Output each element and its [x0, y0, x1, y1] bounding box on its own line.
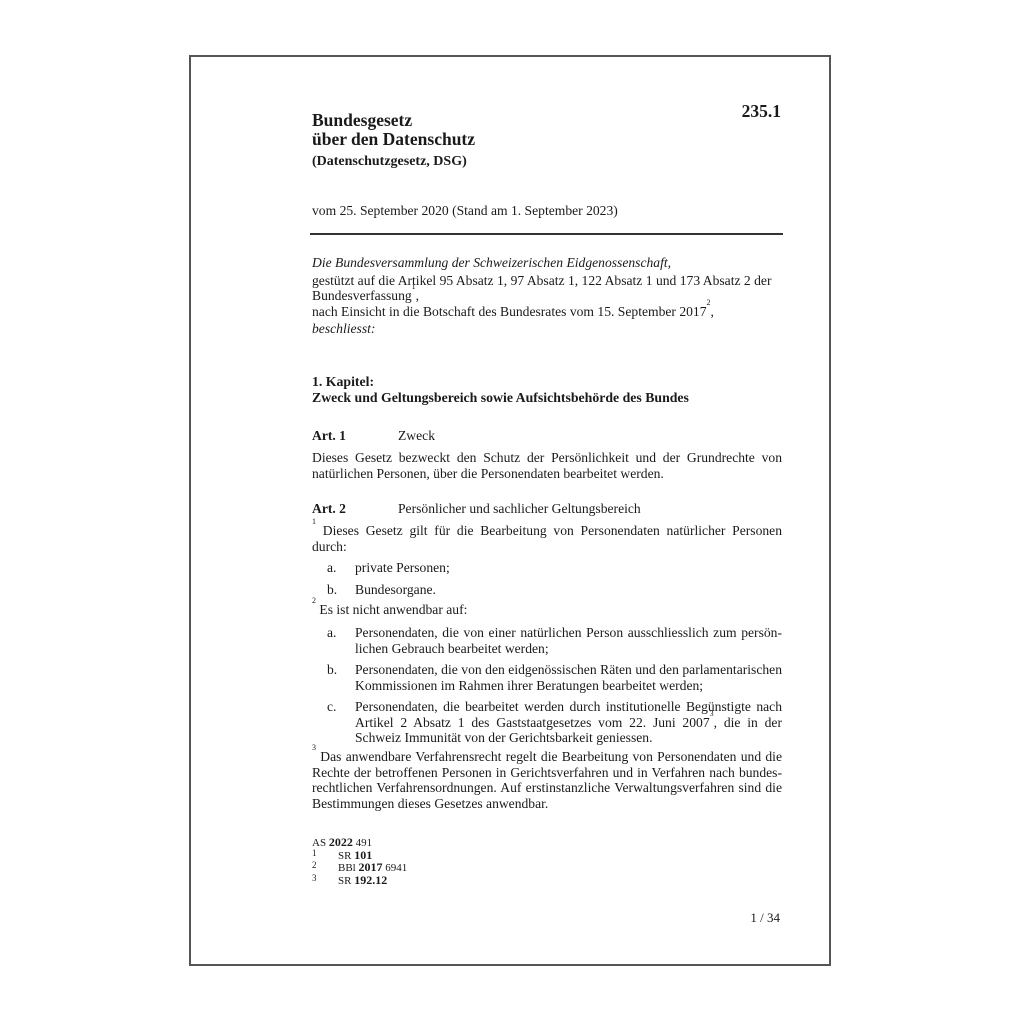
- paragraph-text: Dieses Gesetz gilt für die Bearbeitung v…: [312, 523, 782, 554]
- list-marker: b.: [312, 662, 355, 693]
- article-2-paragraph-2-list: a. Personendaten, die von einer natürlic…: [312, 625, 782, 752]
- paragraph-number: 1: [312, 517, 316, 526]
- law-title: Bundesgesetz über den Datenschutz: [312, 111, 475, 149]
- list-item: b. Bundesorgane.: [312, 582, 782, 598]
- title-line-1: Bundesgesetz: [312, 111, 475, 130]
- article-1-text: Dieses Gesetz bezweckt den Schutz der Pe…: [312, 450, 782, 481]
- preamble-authority: Die Bundesversammlung der Schweizerische…: [312, 255, 782, 271]
- footnote-number: 3: [312, 873, 338, 886]
- footnote-prefix: SR: [338, 875, 351, 887]
- horizontal-rule: [310, 233, 783, 235]
- chapter-title: Zweck und Geltungsbereich sowie Aufsicht…: [312, 390, 782, 406]
- footnote-3: 3 SR 192.12: [312, 875, 407, 888]
- article-1-body: Dieses Gesetz bezweckt den Schutz der Pe…: [312, 450, 782, 481]
- list-text: Personendaten, die bearbeitet werden dur…: [355, 699, 782, 746]
- preamble-basis-end: ,: [416, 288, 419, 303]
- paragraph-number: 2: [312, 596, 316, 605]
- footnote-ref-1[interactable]: 1: [412, 282, 416, 291]
- preamble-message-end: ,: [711, 304, 714, 319]
- article-2-title: Persönlicher und sachlicher Geltungsbere…: [398, 501, 641, 516]
- list-item: a. Personendaten, die von einer natürlic…: [312, 625, 782, 656]
- article-1-number: Art. 1: [312, 428, 398, 444]
- preamble-resolves: beschliesst:: [312, 321, 782, 337]
- sr-number: 235.1: [742, 101, 781, 122]
- article-2-paragraph-2: 2 Es ist nicht anwendbar auf:: [312, 602, 782, 618]
- list-text: Bundesorgane.: [355, 582, 782, 598]
- page-indicator: 1 / 34: [750, 910, 780, 926]
- footnotes: AS 2022 491 1 SR 101 2 BBl 2017 6941 3 S…: [312, 837, 407, 887]
- footnote-number: 1: [312, 848, 338, 861]
- preamble-basis: gestützt auf die Artikel 95 Absatz 1, 97…: [312, 273, 782, 304]
- preamble-message: nach Einsicht in die Botschaft des Bunde…: [312, 304, 782, 320]
- date-line: vom 25. September 2020 (Stand am 1. Sept…: [312, 203, 618, 219]
- title-line-2: über den Datenschutz: [312, 130, 475, 149]
- law-short-title: (Datenschutzgesetz, DSG): [312, 154, 467, 170]
- list-marker: c.: [312, 699, 355, 746]
- preamble: Die Bundesversammlung der Schweizerische…: [312, 255, 782, 337]
- article-1-heading: Art. 1Zweck: [312, 428, 435, 444]
- footnote-number: 2: [312, 860, 338, 873]
- paragraph-text: Es ist nicht anwendbar auf:: [319, 602, 467, 617]
- article-2-paragraph-1-list: a. private Personen; b. Bundesorgane.: [312, 560, 782, 603]
- footnote-ref-2[interactable]: 2: [707, 298, 711, 307]
- footnote-ref-3[interactable]: 3: [710, 709, 714, 718]
- chapter-number: 1. Kapitel:: [312, 374, 782, 390]
- article-2-paragraph-1: 1 Dieses Gesetz gilt für die Bearbeitung…: [312, 523, 782, 554]
- paragraph-text: Das anwendbare Verfahrensrecht regelt di…: [312, 749, 782, 811]
- footnote-prefix: SR: [338, 850, 351, 862]
- footnote-bold: 192.12: [354, 873, 387, 887]
- list-item: a. private Personen;: [312, 560, 782, 576]
- article-2-paragraph-3: 3 Das anwendbare Verfahrensrecht regelt …: [312, 749, 782, 811]
- list-item: c. Personendaten, die bearbeitet werden …: [312, 699, 782, 746]
- list-item: b. Personendaten, die von den eidgenössi…: [312, 662, 782, 693]
- article-2-heading: Art. 2Persönlicher und sachlicher Geltun…: [312, 501, 641, 517]
- preamble-basis-text: gestützt auf die Artikel 95 Absatz 1, 97…: [312, 273, 771, 304]
- paragraph-number: 3: [312, 743, 316, 752]
- article-2-number: Art. 2: [312, 501, 398, 517]
- list-text: private Personen;: [355, 560, 782, 576]
- list-marker: a.: [312, 625, 355, 656]
- article-1-title: Zweck: [398, 428, 435, 443]
- footnote-suffix: 6941: [385, 862, 407, 874]
- list-text: Personendaten, die von den eidgenössisch…: [355, 662, 782, 693]
- list-marker: b.: [312, 582, 355, 598]
- list-text: Personendaten, die von einer natürlichen…: [355, 625, 782, 656]
- chapter-heading: 1. Kapitel: Zweck und Geltungsbereich so…: [312, 374, 782, 406]
- preamble-message-text: nach Einsicht in die Botschaft des Bunde…: [312, 304, 707, 319]
- list-marker: a.: [312, 560, 355, 576]
